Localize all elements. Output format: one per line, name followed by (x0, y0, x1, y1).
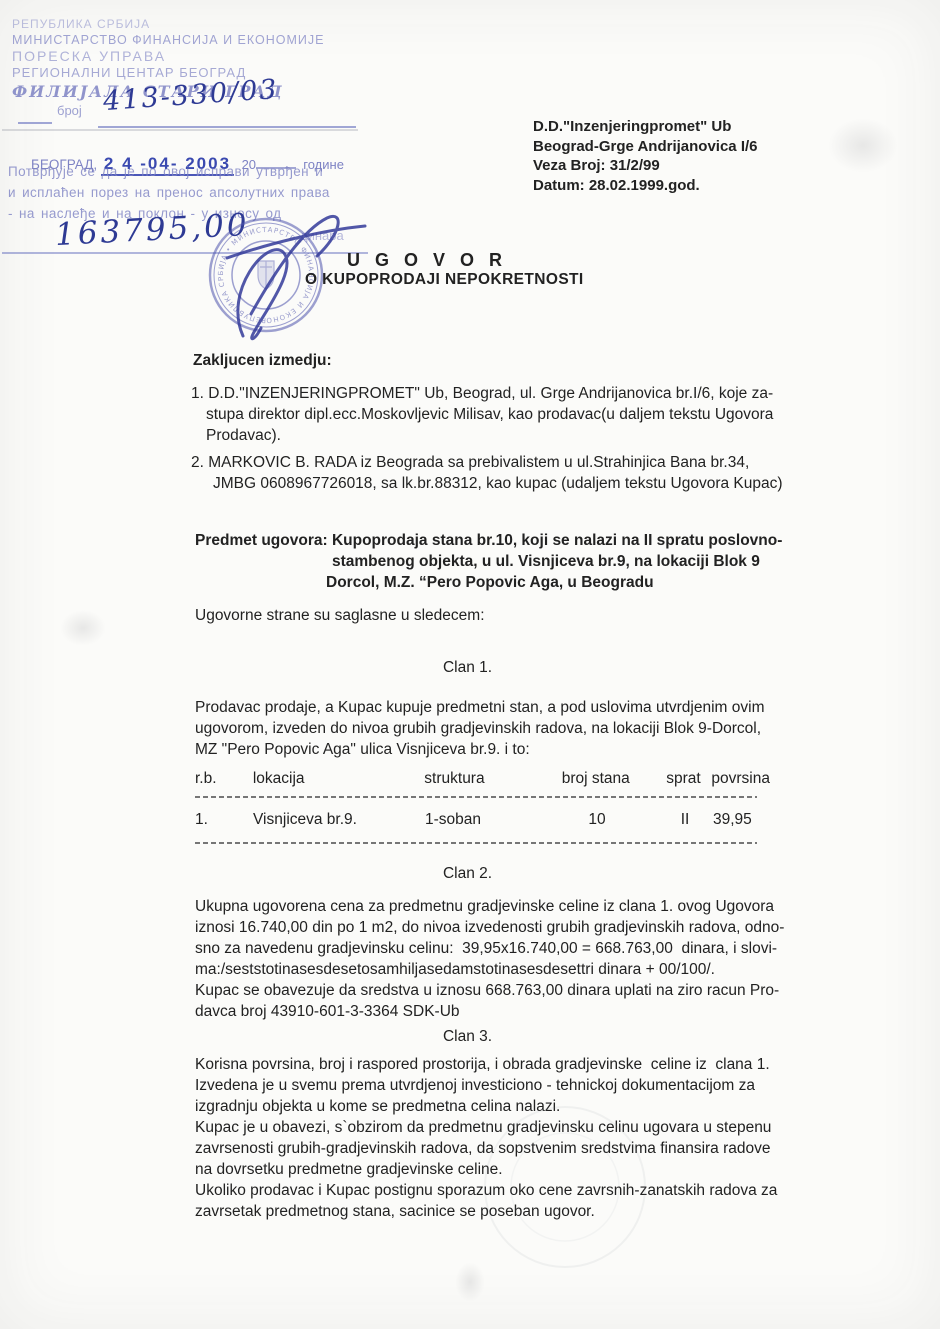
clan-2-paragraph: Ukupna ugovorena cena za predmetnu gradj… (195, 896, 784, 1022)
table-cell: 10 (537, 809, 657, 834)
clan-1-paragraph: Prodavac prodaje, a Kupac kupuje predmet… (195, 697, 765, 760)
text-line: Ukupna ugovorena cena za predmetnu gradj… (195, 896, 784, 917)
text-line: 2. MARKOVIC B. RADA iz Beograda sa prebi… (191, 452, 783, 473)
text-line: МИНИСТАРСТВО ФИНАНСИЈА И ЕКОНОМИЈЕ (12, 32, 325, 48)
table-header-cell: broj stana (536, 768, 656, 793)
clan-1-heading: Clan 1. (195, 659, 740, 677)
table-cell: 1. (195, 809, 253, 834)
text-line: davca broj 43910-601-3-3364 SDK-Ub (195, 1001, 784, 1022)
text-line: MZ "Pero Popovic Aga" ulica Visnjiceva b… (195, 739, 765, 760)
text-line: ugovorom, izveden do nivoa grubih gradje… (195, 718, 765, 739)
ugovorne-strane-line: Ugovorne strane su saglasne u sledecem: (195, 607, 485, 625)
party-1-paragraph: 1. D.D."INZENJERINGPROMET" Ub, Beograd, … (191, 383, 773, 446)
text-line: Beograd-Grge Andrijanovica I/6 (533, 137, 758, 157)
text-line: Потврђује се да је по овој исправи утврђ… (8, 161, 330, 182)
text-line: ПОРЕСКА УПРАВА (12, 48, 325, 64)
broj-label: број (57, 103, 82, 118)
clan-3-heading: Clan 3. (195, 1028, 740, 1046)
party-2-paragraph: 2. MARKOVIC B. RADA iz Beograda sa prebi… (191, 452, 783, 494)
table-cell: Visnjiceva br.9. (253, 809, 425, 834)
scanned-contract-page: РЕПУБЛИКА СРБИЈАМИНИСТАРСТВО ФИНАНСИЈА И… (0, 0, 940, 1329)
text-line: Datum: 28.02.1999.god. (533, 176, 758, 196)
scan-smudge (455, 1262, 485, 1302)
predmet-ugovora-paragraph: Predmet ugovora: Kupoprodaja stana br.10… (195, 530, 782, 593)
table-cell: II (657, 809, 713, 834)
table-header-cell: struktura (424, 768, 536, 793)
text-line: Prodavac). (191, 425, 773, 446)
text-line: Izvedena je u svemu prema utvrdjenoj inv… (195, 1075, 777, 1096)
sender-address-block: D.D."Inzenjeringpromet" UbBeograd-Grge A… (533, 117, 758, 195)
text-line: Prodavac prodaje, a Kupac kupuje predmet… (195, 697, 765, 718)
text-line: Kupac se obavezuje da sredstva u iznosu … (195, 980, 784, 1001)
text-line: 1. D.D."INZENJERINGPROMET" Ub, Beograd, … (191, 383, 773, 404)
table-header-cell: povrsina (711, 768, 770, 793)
broj-underline-2 (2, 129, 358, 131)
text-line: ma:/seststotinasesdesetosamhiljasedamsto… (195, 959, 784, 980)
text-line: РЕПУБЛИКА СРБИЈА (12, 16, 325, 32)
broj-left-rule (18, 122, 52, 124)
clan-2-heading: Clan 2. (195, 865, 740, 883)
text-line: sno za navedenu gradjevinsku celinu: 39,… (195, 938, 784, 959)
zakljucen-heading: Zakljucen izmedju: (193, 352, 332, 370)
text-line: stupa direktor dipl.ecc.Moskovljevic Mil… (191, 404, 773, 425)
table-divider (195, 842, 757, 844)
faint-ghost-stamp (478, 1100, 653, 1275)
contract-subtitle: O KUPOPRODAJI NEPOKRETNOSTI (305, 271, 584, 289)
table-header-cell: lokacija (253, 768, 424, 793)
text-line: D.D."Inzenjeringpromet" Ub (533, 117, 758, 137)
text-line: Veza Broj: 31/2/99 (533, 156, 758, 176)
apartments-table: r.b. lokacija struktura broj stana sprat… (195, 768, 770, 850)
table-header-row: r.b. lokacija struktura broj stana sprat… (195, 768, 770, 793)
text-line: Korisna povrsina, broj i raspored prosto… (195, 1054, 777, 1075)
text-line: stambenog objekta, u ul. Visnjiceva br.9… (195, 551, 782, 572)
text-line: iznosi 16.740,00 din po 1 m2, do nivoa i… (195, 917, 784, 938)
table-divider (195, 796, 757, 798)
scan-smudge (828, 118, 898, 173)
table-cell: 1-soban (425, 809, 537, 834)
broj-underline (98, 126, 356, 128)
text-line: Predmet ugovora: Kupoprodaja stana br.10… (195, 530, 782, 551)
text-line: Dorcol, M.Z. “Pero Popovic Aga, u Beogra… (195, 572, 782, 593)
table-cell: 39,95 (713, 809, 770, 834)
text-line: JMBG 0608967726018, sa lk.br.88312, kao … (191, 473, 783, 494)
table-header-cell: sprat (656, 768, 712, 793)
table-data-row: 1. Visnjiceva br.9. 1-soban 10 II 39,95 (195, 804, 770, 834)
table-header-cell: r.b. (195, 768, 253, 793)
scan-smudge (60, 610, 106, 646)
contract-title: U G O V O R (347, 250, 507, 271)
